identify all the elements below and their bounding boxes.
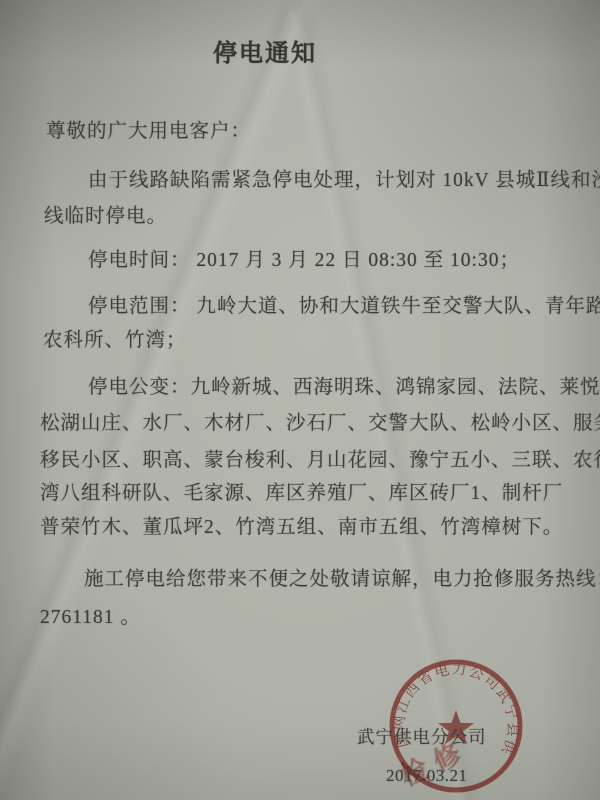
document-photo: 停电通知 尊敬的广大用电客户： 由于线路缺陷需紧急停电处理，计划对 10kV 县… [0,0,600,800]
closing-line-1: 施工停电给您带来不便之处敬请谅解，电力抢修服务热线： [84,563,600,591]
signature-company: 武宁供电分公司 [357,724,487,749]
hotline-number-line: 2761181 。 [40,601,141,629]
transformer-line-4: 湾八组科研队、毛家源、库区养殖厂、库区砖厂1、制杆厂 [40,477,563,505]
transformer-line-3: 移民小区、职高、蒙台梭利、月山花园、豫宁五小、三联、农行、竹 [40,444,600,472]
intro-line-2: 线临时停电。 [44,200,167,228]
transformer-line-2: 松湖山庄、水厂、木材厂、沙石厂、交警大队、松岭小区、服务小区、 [40,407,600,435]
issue-date: 2017.03.21 [386,766,468,786]
outage-range-line-1: 停电范围： 九岭大道、协和大道铁牛至交警大队、青年路、 [88,290,600,318]
outage-range-line-2: 农科所、竹湾； [43,324,187,352]
transformer-line-1: 停电公变：九岭新城、西海明珠、鸿锦家园、法院、莱悦御品、 [88,371,600,399]
outage-time-line: 停电时间： 2017 月 3 月 22 日 08:30 至 10:30； [88,244,520,272]
intro-line-1: 由于线路缺陷需紧急停电处理，计划对 10kV 县城Ⅱ线和沙田 [88,164,600,192]
transformer-line-5: 普荣竹木、董瓜坪2、竹湾五组、南市五组、竹湾樟树下。 [40,511,563,539]
notice-title: 停电通知 [0,33,530,68]
salutation: 尊敬的广大用电客户： [46,115,251,143]
